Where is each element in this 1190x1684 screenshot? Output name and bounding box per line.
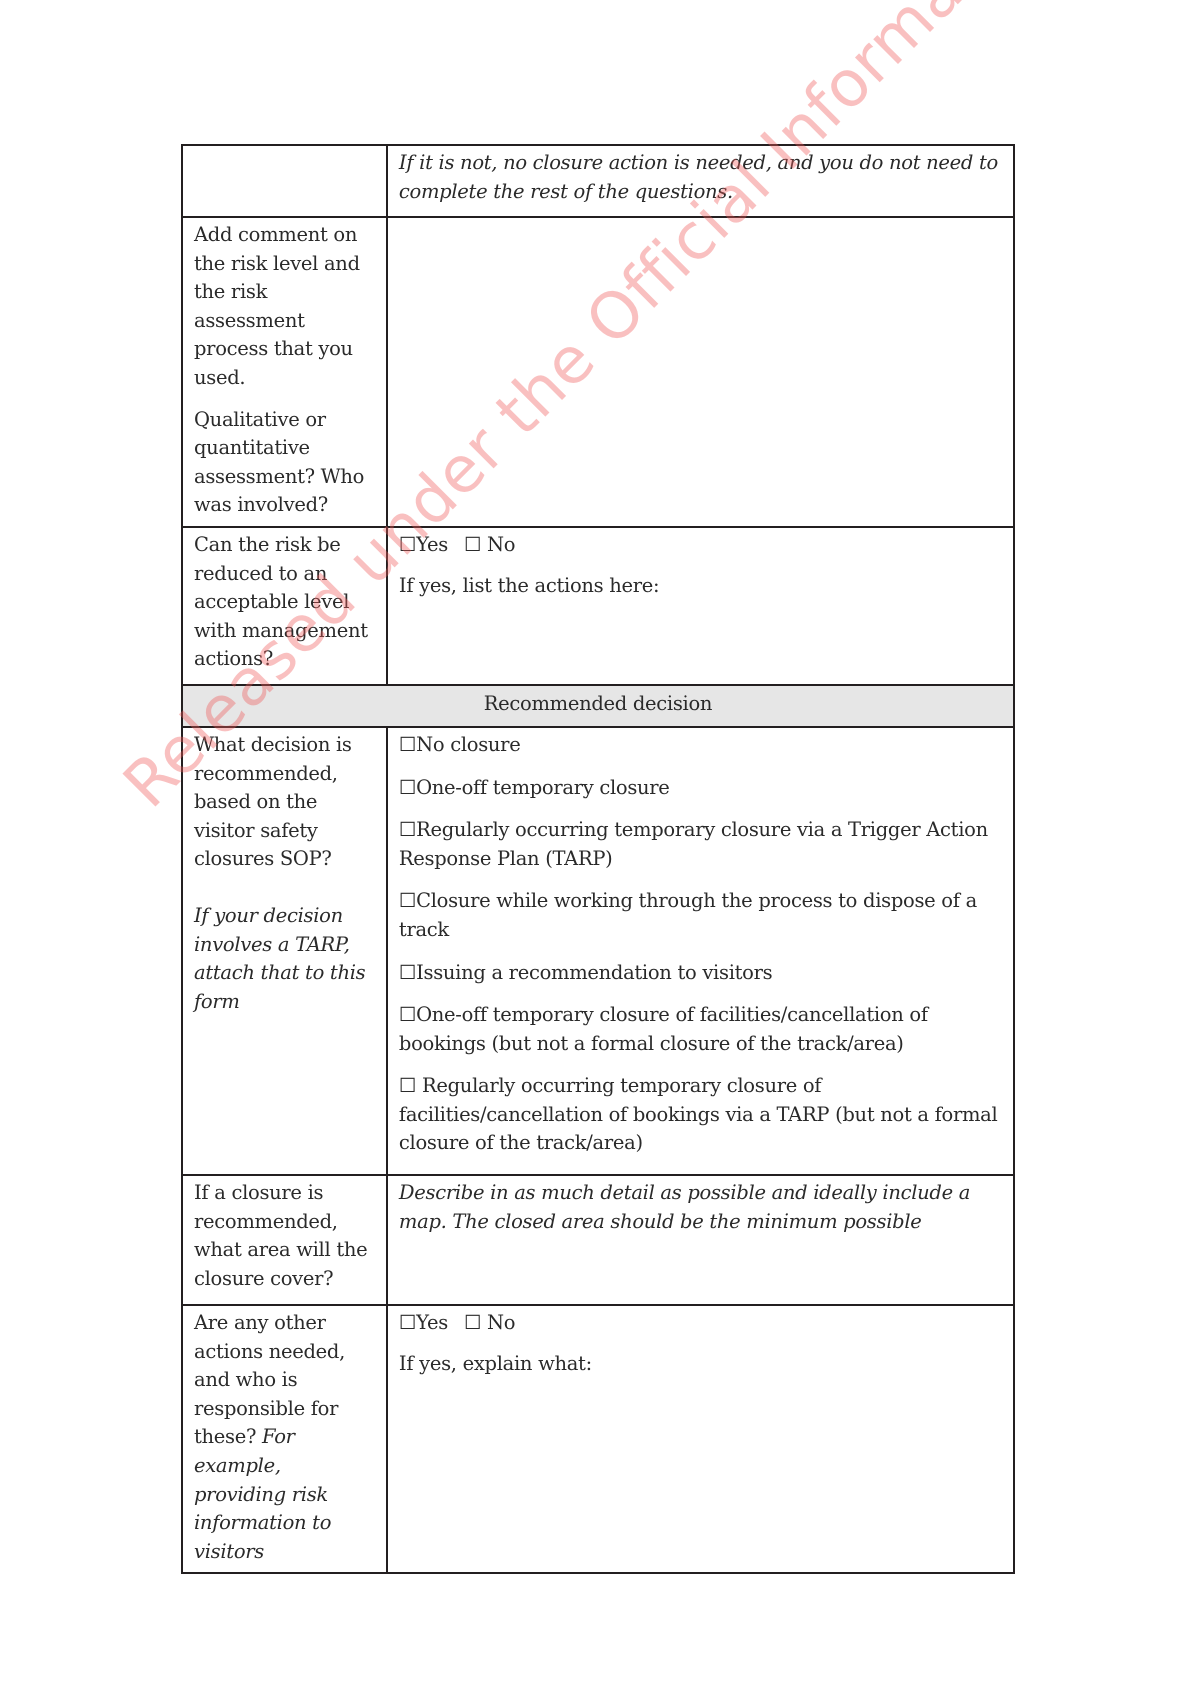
risk-reduce-actions-prompt[interactable]: If yes, list the actions here: bbox=[399, 572, 1003, 601]
risk-reduce-answer: ☐Yes☐ No If yes, list the actions here: bbox=[387, 527, 1014, 685]
table-row-closure-area: If a closure is recommended, what area w… bbox=[182, 1175, 1014, 1305]
option-regular-facilities-closure-tarp[interactable]: ☐ Regularly occurring temporary closure … bbox=[399, 1072, 1003, 1158]
risk-comment-question: Add comment on the risk level and the ri… bbox=[182, 217, 387, 527]
option-no-closure[interactable]: ☐No closure bbox=[399, 731, 1003, 760]
continuation-note: If it is not, no closure action is neede… bbox=[387, 145, 1014, 217]
other-actions-question: Are any other actions needed, and who is… bbox=[182, 1305, 387, 1573]
risk-reduce-yes-checkbox[interactable]: ☐Yes bbox=[399, 531, 448, 560]
table-row-risk-reduce: Can the risk be reduced to an acceptable… bbox=[182, 527, 1014, 685]
continuation-left-cell bbox=[182, 145, 387, 217]
section-header-row: Recommended decision bbox=[182, 685, 1014, 727]
table-row-risk-comment: Add comment on the risk level and the ri… bbox=[182, 217, 1014, 527]
table-row-continuation: If it is not, no closure action is neede… bbox=[182, 145, 1014, 217]
other-actions-yes-checkbox[interactable]: ☐Yes bbox=[399, 1309, 448, 1338]
risk-reduce-yes-no: ☐Yes☐ No bbox=[399, 531, 1003, 560]
option-visitor-recommendation[interactable]: ☐Issuing a recommendation to visitors bbox=[399, 959, 1003, 988]
closure-area-answer-field[interactable]: Describe in as much detail as possible a… bbox=[387, 1175, 1014, 1305]
other-actions-no-checkbox[interactable]: ☐ No bbox=[464, 1309, 515, 1338]
other-actions-yes-no: ☐Yes☐ No bbox=[399, 1309, 1003, 1338]
table-row-decision: What decision is recommended, based on t… bbox=[182, 727, 1014, 1175]
closure-area-question: If a closure is recommended, what area w… bbox=[182, 1175, 387, 1305]
closure-assessment-form-table: If it is not, no closure action is neede… bbox=[181, 144, 1015, 1574]
other-actions-explain-prompt[interactable]: If yes, explain what: bbox=[399, 1350, 1003, 1379]
risk-reduce-question: Can the risk be reduced to an acceptable… bbox=[182, 527, 387, 685]
option-closure-while-disposing-track[interactable]: ☐Closure while working through the proce… bbox=[399, 887, 1003, 944]
decision-tarp-note: If your decision involves a TARP, attach… bbox=[194, 902, 376, 1016]
decision-options: ☐No closure ☐One-off temporary closure ☐… bbox=[387, 727, 1014, 1175]
option-one-off-facilities-closure[interactable]: ☐One-off temporary closure of facilities… bbox=[399, 1001, 1003, 1058]
risk-comment-answer-field[interactable] bbox=[387, 217, 1014, 527]
risk-reduce-no-checkbox[interactable]: ☐ No bbox=[464, 531, 515, 560]
decision-question-text: What decision is recommended, based on t… bbox=[194, 731, 376, 874]
option-one-off-temporary-closure[interactable]: ☐One-off temporary closure bbox=[399, 774, 1003, 803]
decision-question: What decision is recommended, based on t… bbox=[182, 727, 387, 1175]
option-regular-closure-tarp[interactable]: ☐Regularly occurring temporary closure v… bbox=[399, 816, 1003, 873]
other-actions-answer: ☐Yes☐ No If yes, explain what: bbox=[387, 1305, 1014, 1573]
risk-comment-question-text: Add comment on the risk level and the ri… bbox=[194, 221, 376, 393]
risk-comment-question-subtext: Qualitative or quantitative assessment? … bbox=[194, 406, 376, 520]
table-row-other-actions: Are any other actions needed, and who is… bbox=[182, 1305, 1014, 1573]
recommended-decision-heading: Recommended decision bbox=[182, 685, 1014, 727]
